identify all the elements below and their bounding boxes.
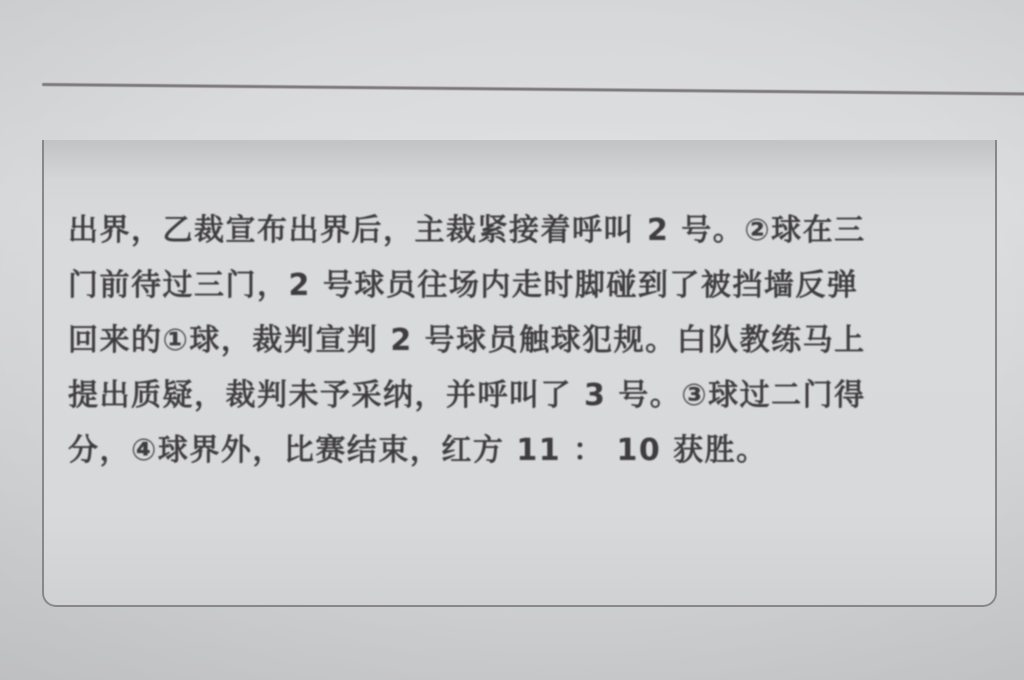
header-rule <box>42 83 1024 96</box>
text-line: 提出质疑，裁判未予采纳，并呼叫了 3 号。③球过二门得 <box>68 368 978 423</box>
text-line: 回来的①球，裁判宣判 2 号球员触球犯规。白队教练马上 <box>68 313 978 368</box>
body-text: 出界，乙裁宣布出界后，主裁紧接着呼叫 2 号。②球在三 门前待过三门，2 号球员… <box>68 203 978 478</box>
text-line: 分，④球界外，比赛结束，红方 11 ： 10 获胜。 <box>68 423 978 478</box>
text-line: 出界，乙裁宣布出界后，主裁紧接着呼叫 2 号。②球在三 <box>68 203 978 258</box>
box-shade <box>44 140 995 180</box>
text-line: 门前待过三门，2 号球员往场内走时脚碰到了被挡墙反弹 <box>68 258 978 313</box>
